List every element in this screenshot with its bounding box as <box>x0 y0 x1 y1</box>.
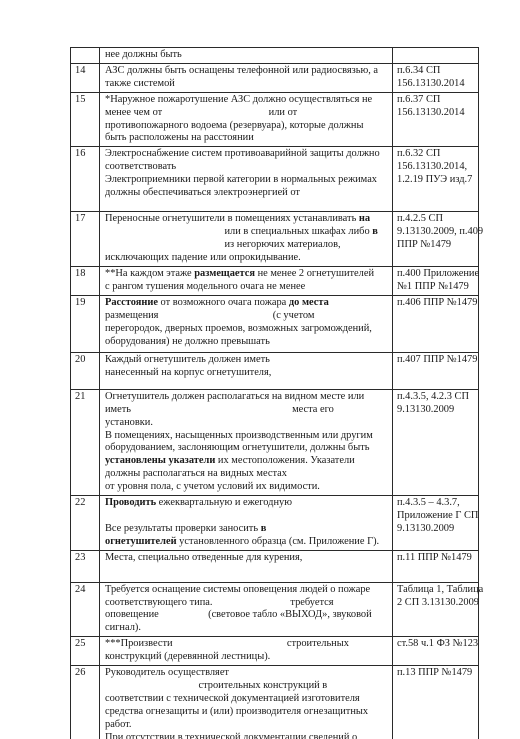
text-line: оборудования) не должно превышать <box>105 336 389 349</box>
text-line: соответствии с технической документацией… <box>105 693 389 706</box>
requirement-text: Расстояние от возможного очага пожара до… <box>100 295 393 352</box>
reference-line: 9.13130.2009 <box>397 523 475 536</box>
reference-line: №1 ППР №1479 <box>397 281 475 294</box>
table-row: 16Электроснабжение систем противоаварийн… <box>71 147 479 212</box>
text-line: установки. <box>105 417 389 430</box>
reference-line: п.400 Приложение <box>397 268 475 281</box>
normative-reference: п.6.32 СП156.13130.2014,1.2.19 ПУЭ изд.7 <box>393 147 479 212</box>
reference-line: ППР №1479 <box>397 239 475 252</box>
table-row: 17Переносные огнетушители в помещениях у… <box>71 212 479 267</box>
row-number: 24 <box>71 582 100 637</box>
text-line: Каждый огнетушитель должен иметь <box>105 354 389 367</box>
requirement-text: Руководитель осуществляет строительных к… <box>100 666 393 739</box>
text-line: конструкций (деревянной лестницы). <box>105 651 389 664</box>
table-row: 21Огнетушитель должен располагаться на в… <box>71 389 479 495</box>
reference-line: 2 СП 3.13130.2009 <box>397 597 475 610</box>
reference-line: п.6.37 СП <box>397 94 475 107</box>
text-line: перегородок, дверных проемов, возможных … <box>105 323 389 336</box>
reference-line: п.407 ППР №1479 <box>397 354 475 367</box>
requirements-table: нее должны быть14АЗС должны быть оснащен… <box>70 47 479 739</box>
normative-reference: п.11 ППР №1479 <box>393 550 479 582</box>
table-row: 14АЗС должны быть оснащены телефонной ил… <box>71 63 479 92</box>
text-line: Переносные огнетушители в помещениях уст… <box>105 213 389 226</box>
table-row: 15*Наружное пожаротушение АЗС должно осу… <box>71 92 479 147</box>
normative-reference: п.6.34 СП156.13130.2014 <box>393 63 479 92</box>
normative-reference <box>393 48 479 64</box>
normative-reference: п.13 ППР №1479 <box>393 666 479 739</box>
row-number: 18 <box>71 266 100 295</box>
text-line: Места, специально отведенные для курения… <box>105 552 389 565</box>
text-line: с рангом тушения модельного очага не мен… <box>105 281 389 294</box>
text-line: работ. <box>105 719 389 732</box>
reference-line: п.406 ППР №1479 <box>397 297 475 310</box>
text-line: Электроприемники первой категории в норм… <box>105 174 389 187</box>
requirement-text: Проводить ежеквартальную и ежегодную Все… <box>100 496 393 551</box>
text-line: иметь места его <box>105 404 389 417</box>
reference-line: 156.13130.2014 <box>397 107 475 120</box>
row-number: 15 <box>71 92 100 147</box>
text-line: менее чем от или от <box>105 107 389 120</box>
text-line: или в специальных шкафах либо в <box>105 226 389 239</box>
text-line: Электроснабжение систем противоаварийной… <box>105 148 389 161</box>
text-line: Руководитель осуществляет <box>105 667 389 680</box>
text-line: противопожарного водоема (резервуара), к… <box>105 120 389 133</box>
table-body: нее должны быть14АЗС должны быть оснащен… <box>71 48 479 739</box>
text-line: АЗС должны быть оснащены телефонной или … <box>105 65 389 78</box>
text-line: *Наружное пожаротушение АЗС должно осуще… <box>105 94 389 107</box>
text-line: из негорючих материалов, <box>105 239 389 252</box>
text-line: также системой <box>105 78 389 91</box>
requirement-text: АЗС должны быть оснащены телефонной или … <box>100 63 393 92</box>
reference-line: 156.13130.2014, <box>397 161 475 174</box>
text-line: быть расположены на расстоянии <box>105 132 389 145</box>
text-line: оборудованием, заслоняющим огнетушители,… <box>105 442 389 455</box>
reference-line: п.4.3.5, 4.2.3 СП <box>397 391 475 404</box>
text-line: нанесенный на корпус огнетушителя, <box>105 367 389 380</box>
row-number <box>71 48 100 64</box>
text-line: установлены указатели их местоположения.… <box>105 455 389 468</box>
text-line: сигнал). <box>105 622 389 635</box>
table-row: 19Расстояние от возможного очага пожара … <box>71 295 479 352</box>
row-number: 16 <box>71 147 100 212</box>
text-line: оповещение (световое табло «ВЫХОД», звук… <box>105 609 389 622</box>
normative-reference: п.4.2.5 СП9.13130.2009, п.409ППР №1479 <box>393 212 479 267</box>
normative-reference: п.407 ППР №1479 <box>393 352 479 389</box>
row-number: 26 <box>71 666 100 739</box>
text-line <box>105 510 389 523</box>
text-line: размещения (с учетом <box>105 310 389 323</box>
normative-reference: п.6.37 СП156.13130.2014 <box>393 92 479 147</box>
table-row: 25***Произвести строительныхконструкций … <box>71 637 479 666</box>
requirement-text: *Наружное пожаротушение АЗС должно осуще… <box>100 92 393 147</box>
requirement-text: Огнетушитель должен располагаться на вид… <box>100 389 393 495</box>
reference-line: п.11 ППР №1479 <box>397 552 475 565</box>
reference-line: 9.13130.2009 <box>397 404 475 417</box>
requirement-text: **На каждом этаже размещается не менее 2… <box>100 266 393 295</box>
text-line: должны обеспечиваться электроэнергией от <box>105 187 389 200</box>
normative-reference: п.400 Приложение№1 ППР №1479 <box>393 266 479 295</box>
normative-reference: Таблица 1, Таблица2 СП 3.13130.2009 <box>393 582 479 637</box>
normative-reference: ст.58 ч.1 ФЗ №123 <box>393 637 479 666</box>
row-number: 23 <box>71 550 100 582</box>
requirement-text: Электроснабжение систем противоаварийной… <box>100 147 393 212</box>
reference-line: п.6.32 СП <box>397 148 475 161</box>
text-line: огнетушителей установленного образца (см… <box>105 536 389 549</box>
normative-reference: п.406 ППР №1479 <box>393 295 479 352</box>
reference-line: п.4.3.5 – 4.3.7, <box>397 497 475 510</box>
text-line: Огнетушитель должен располагаться на вид… <box>105 391 389 404</box>
table-row: 18**На каждом этаже размещается не менее… <box>71 266 479 295</box>
row-number: 17 <box>71 212 100 267</box>
reference-line: Таблица 1, Таблица <box>397 584 475 597</box>
requirement-text: Каждый огнетушитель должен иметьнанесенн… <box>100 352 393 389</box>
reference-line: п.6.34 СП <box>397 65 475 78</box>
table-row: 22Проводить ежеквартальную и ежегодную В… <box>71 496 479 551</box>
text-line: Все результаты проверки заносить в <box>105 523 389 536</box>
table-row: 26Руководитель осуществляет строительных… <box>71 666 479 739</box>
reference-line: п.4.2.5 СП <box>397 213 475 226</box>
text-line: В помещениях, насыщенных производственны… <box>105 430 389 443</box>
reference-line: 1.2.19 ПУЭ изд.7 <box>397 174 475 187</box>
requirement-text: Места, специально отведенные для курения… <box>100 550 393 582</box>
reference-line: п.13 ППР №1479 <box>397 667 475 680</box>
text-line: соответствовать <box>105 161 389 174</box>
table-row: 24Требуется оснащение системы оповещения… <box>71 582 479 637</box>
requirement-text: Переносные огнетушители в помещениях уст… <box>100 212 393 267</box>
normative-reference: п.4.3.5 – 4.3.7,Приложение Г СП9.13130.2… <box>393 496 479 551</box>
requirement-text: Требуется оснащение системы оповещения л… <box>100 582 393 637</box>
row-number: 19 <box>71 295 100 352</box>
table-row: 23Места, специально отведенные для курен… <box>71 550 479 582</box>
text-line: При отсутствии в технической документаци… <box>105 732 389 739</box>
text-line: Расстояние от возможного очага пожара до… <box>105 297 389 310</box>
row-number: 20 <box>71 352 100 389</box>
row-number: 22 <box>71 496 100 551</box>
text-line: средства огнезащиты и (или) производител… <box>105 706 389 719</box>
row-number: 21 <box>71 389 100 495</box>
table-row: нее должны быть <box>71 48 479 64</box>
text-line: исключающих падение или опрокидывание. <box>105 252 389 265</box>
text-line: от уровня пола, с учетом условий их види… <box>105 481 389 494</box>
text-line: должны располагаться на видных местах <box>105 468 389 481</box>
reference-line: 156.13130.2014 <box>397 78 475 91</box>
requirement-text: нее должны быть <box>100 48 393 64</box>
reference-line: Приложение Г СП <box>397 510 475 523</box>
text-line: **На каждом этаже размещается не менее 2… <box>105 268 389 281</box>
text-line: строительных конструкций в <box>105 680 389 693</box>
table-row: 20Каждый огнетушитель должен иметьнанесе… <box>71 352 479 389</box>
text-line: соответствующего типа. требуется <box>105 597 389 610</box>
reference-line: 9.13130.2009, п.409 <box>397 226 475 239</box>
requirement-text: ***Произвести строительныхконструкций (д… <box>100 637 393 666</box>
row-number: 25 <box>71 637 100 666</box>
normative-reference: п.4.3.5, 4.2.3 СП9.13130.2009 <box>393 389 479 495</box>
text-line: ***Произвести строительных <box>105 638 389 651</box>
reference-line: ст.58 ч.1 ФЗ №123 <box>397 638 475 651</box>
text-line: Требуется оснащение системы оповещения л… <box>105 584 389 597</box>
row-number: 14 <box>71 63 100 92</box>
text-line: Проводить ежеквартальную и ежегодную <box>105 497 389 510</box>
text-line: нее должны быть <box>105 49 389 62</box>
